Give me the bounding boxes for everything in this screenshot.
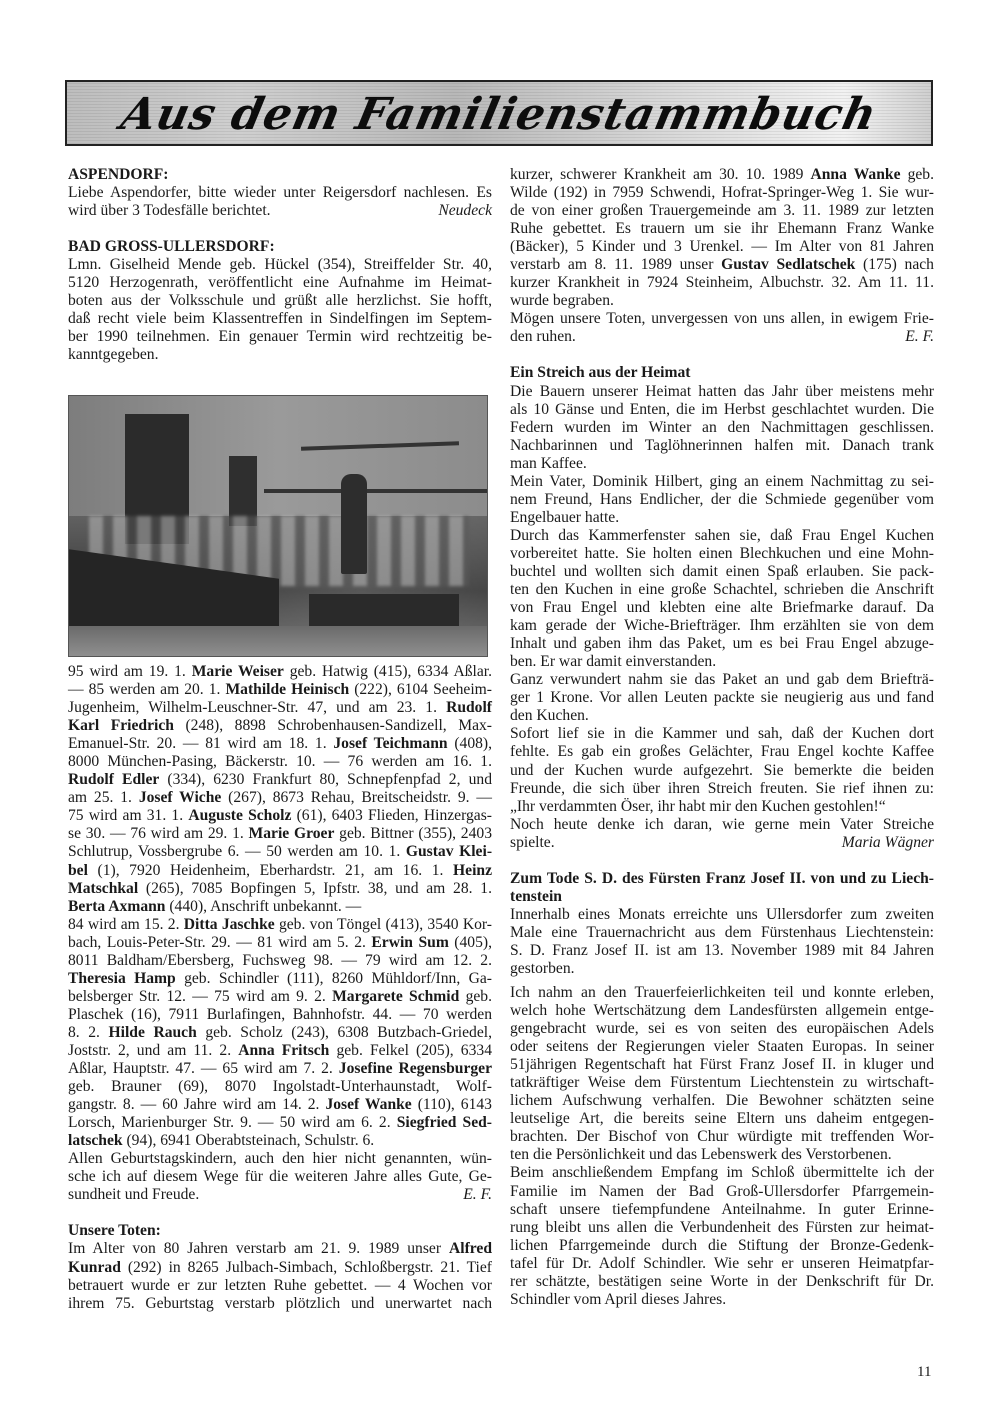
right-column: kurzer, schwerer Krankheit am 30. 10. 19… — [510, 166, 934, 1309]
text-line: Inhalt und gaben ihm das Paket, um es be… — [510, 635, 934, 653]
person-name: Ditta Jaschke — [184, 916, 275, 933]
text-line: Berta Axmann (440), Anschrift unbekannt.… — [68, 898, 492, 916]
text-line: Freunde, die sich über ihren Streich fre… — [510, 780, 934, 798]
text-line: Lorsch, Marienburger Str. 9. — 50 wird a… — [68, 1114, 492, 1132]
text-line: 8000 München-Pasing, Bäckerstr. 10. — 76… — [68, 753, 492, 771]
person-name: Siegfried Sed- — [397, 1114, 492, 1131]
text-line: 8011 Baldham/Ebersberg, Fuchsweg 98. — 7… — [68, 952, 492, 970]
person-name: Josef Wiche — [139, 789, 222, 806]
page-title: Aus dem Familienstammbuch — [117, 89, 882, 140]
author-signature: Neudeck — [438, 202, 492, 220]
text-line: ger 1 Krone. Vor allen Leuten packte sie… — [510, 689, 934, 707]
text-line: 95 wird am 19. 1. Marie Weiser geb. Hatw… — [68, 663, 492, 681]
text-line: 8. 2. Hilde Rauch geb. Scholz (243), 630… — [68, 1024, 492, 1042]
text-line: von Frau Engel und klebten eine alte Bri… — [510, 599, 934, 617]
paragraph: Innerhalb eines Monats erreichte uns Ull… — [510, 906, 934, 978]
text-line: Ruhe gebettet. Es trauern um sie ihr Ehe… — [510, 220, 934, 238]
text-line: bel (1), 7920 Heidenheim, Eberhardstr. 2… — [68, 862, 492, 880]
text-line: verstarb am 8. 11. 1989 unser Gustav Sed… — [510, 256, 934, 274]
text-line: Nachbarinnen und Taglöhnerinnen halfen m… — [510, 437, 934, 455]
person-name: bel — [68, 862, 88, 879]
paragraph: Ich nahm an den Trauerfeierlichkeiten te… — [510, 984, 934, 1309]
section-streich: Ein Streich aus der Heimat Die Bauern un… — [510, 364, 934, 851]
text-line: kurzer Krankheit in 7924 Steinheim, Albu… — [510, 274, 934, 292]
text-line: als 10 Gänse und Enten, die im Herbst ge… — [510, 401, 934, 419]
text-line: man Kaffee. — [510, 455, 934, 473]
text-line: de von einer großen Trauergemeinde am 3.… — [510, 202, 934, 220]
text-line: betrauert wurde er zur letzten Ruhe gebe… — [68, 1277, 492, 1295]
text-line: fehlte. Es gab ein großes Gelächter, Fra… — [510, 743, 934, 761]
person-name: Rudolf — [446, 699, 492, 716]
text-line: wurde begraben. — [510, 292, 934, 310]
text-line: Wilde (192) in 7959 Schwendi, Hofrat-Spr… — [510, 184, 934, 202]
text-line: Ganz verwundert nahm sie das Paket an un… — [510, 671, 934, 689]
text-line: gestorben. — [510, 960, 934, 978]
text-line: kam gerade der Wiche-Briefträger. Ihm er… — [510, 617, 934, 635]
section-heading: BAD GROSS-ULLERSDORF: — [68, 238, 492, 256]
text-line: Mein Vater, Dominik Hilbert, ging an ein… — [510, 473, 934, 491]
paragraph: Allen Geburtstagskindern, auch den hier … — [68, 1150, 492, 1186]
text-line: latschek (94), 6941 Oberabtsteinach, Sch… — [68, 1132, 492, 1150]
text-line: Rudolf Edler (334), 6230 Frankfurt 80, S… — [68, 771, 492, 789]
section-birthdays: 95 wird am 19. 1. Marie Weiser geb. Hatw… — [68, 663, 492, 1204]
text-line: tafel für Dr. Adolf Schindler. Wie sehr … — [510, 1255, 934, 1273]
text-line: vorbereitet hatte. Sie holten einen Blec… — [510, 545, 934, 563]
text-line: Liebe Aspendorfer, bitte wieder unter Re… — [68, 184, 492, 202]
text-line: gengebracht wurde, sei es von seiten des… — [510, 1020, 934, 1038]
text-line: am 25. 1. Josef Wiche (267), 8673 Rehau,… — [68, 789, 492, 807]
left-column-lower: 95 wird am 19. 1. Marie Weiser geb. Hatw… — [68, 663, 492, 1313]
paragraph: Lmn. Giselheid Mende geb. Hückel (354), … — [68, 256, 492, 364]
signature-line: wird über 3 Todesfälle berichtet. Neudec… — [68, 202, 492, 220]
person-name: Mathilde Heinisch — [225, 681, 349, 698]
section-toten-continued: kurzer, schwerer Krankheit am 30. 10. 19… — [510, 166, 934, 346]
text-line: Ich nahm an den Trauerfeierlichkeiten te… — [510, 984, 934, 1002]
person-name: Alfred — [449, 1240, 492, 1257]
text-line: ben. Er war damit einverstanden. — [510, 653, 934, 671]
paragraph-text: wird über 3 Todesfälle berichtet. — [68, 202, 271, 220]
text-line: Durch das Kammerfenster sahen sie, daß F… — [510, 527, 934, 545]
text-line: gangstr. 8. — 60 Jahre wird am 14. 2. Jo… — [68, 1096, 492, 1114]
section-unsere-toten: Unsere Toten: Im Alter von 80 Jahren ver… — [68, 1222, 492, 1312]
text-line: rer schätzte, bestätigen seine Worte in … — [510, 1273, 934, 1291]
text-line: kurzer, schwerer Krankheit am 30. 10. 19… — [510, 166, 934, 184]
paragraph-text: sundheit und Freude. — [68, 1186, 199, 1204]
text-line: tatkräftiger Weise dem Fürstentum Liecht… — [510, 1074, 934, 1092]
text-line: S. D. Franz Josef II. ist am 13. Novembe… — [510, 942, 934, 960]
text-line: Federn wurden im Winter an den Nachmitta… — [510, 419, 934, 437]
text-line: Noch heute denke ich daran, wie gerne me… — [510, 816, 934, 834]
text-line: tenstein — [510, 888, 934, 906]
person-name: Josef Teichmann — [333, 735, 447, 752]
text-line: Mögen unsere Toten, unvergessen von uns … — [510, 310, 934, 328]
text-line: ten die Persönlichkeit und das Lebenswer… — [510, 1146, 934, 1164]
obituary-list: kurzer, schwerer Krankheit am 30. 10. 19… — [510, 166, 934, 328]
paragraph: Die Bauern unserer Heimat hatten das Jah… — [510, 383, 934, 834]
text-line: Beim anschließendem Empfang im Schloß üb… — [510, 1164, 934, 1182]
text-line: Aßlar, Hauptstr. 47. — 65 wird am 7. 2. … — [68, 1060, 492, 1078]
text-line: se 30. — 76 wird am 29. 1. Marie Groer g… — [68, 825, 492, 843]
person-name: Kunrad — [68, 1259, 121, 1276]
class-photo — [68, 395, 488, 657]
text-line: ihrem 75. Geburtstag verstarb plötzlich … — [68, 1295, 492, 1313]
section-heading: ASPENDORF: — [68, 166, 492, 184]
text-line: schaft unsere tiefempfundene Anteilnahme… — [510, 1201, 934, 1219]
text-line: „Ihr verdammten Öser, ihr habt mir den K… — [510, 798, 934, 816]
text-line: kanntgegeben. — [68, 346, 492, 364]
person-name: Karl Friedrich — [68, 717, 174, 734]
text-line: Emanuel-Str. 20. — 81 wird am 18. 1. Jos… — [68, 735, 492, 753]
text-line: — 85 werden am 20. 1. Mathilde Heinisch … — [68, 681, 492, 699]
text-line: 75 wird am 31. 1. Auguste Scholz (61), 6… — [68, 807, 492, 825]
text-line: 51jährigen Regentschaft hat Fürst Franz … — [510, 1056, 934, 1074]
person-name: Gustav Sedlatschek — [721, 256, 855, 273]
signature-line: den ruhen. E. F. — [510, 328, 934, 346]
person-name: Hilde Rauch — [109, 1024, 197, 1041]
left-column: ASPENDORF: Liebe Aspendorfer, bitte wied… — [68, 166, 492, 364]
text-line: bach, Louis-Peter-Str. 29. — 81 wird am … — [68, 934, 492, 952]
text-line: Male eine Trauernachricht aus dem Fürste… — [510, 924, 934, 942]
text-line: nem Freund, Hans Endlicher, der die Schm… — [510, 491, 934, 509]
person-name: Josef Wanke — [325, 1096, 411, 1113]
person-name: Erwin Sum — [371, 934, 448, 951]
person-name: Berta Axmann — [68, 898, 165, 915]
text-line: leutselige Art, die bereits seine Eltern… — [510, 1110, 934, 1128]
person-name: latschek — [68, 1132, 123, 1149]
text-line: 84 wird am 15. 2. Ditta Jaschke geb. von… — [68, 916, 492, 934]
text-line: Kunrad (292) in 8265 Julbach-Simbach, Sc… — [68, 1259, 492, 1277]
text-line: Lmn. Giselheid Mende geb. Hückel (354), … — [68, 256, 492, 274]
person-name: Marie Weiser — [192, 663, 284, 680]
person-name: Auguste Scholz — [188, 807, 291, 824]
text-line: 5120 Herzogenrath, veröffentlicht eine A… — [68, 274, 492, 292]
signature-line: spielte. Maria Wägner — [510, 834, 934, 852]
text-line: lichem Aufschwung verhalfen. Die Bewohne… — [510, 1092, 934, 1110]
text-line: welch hohe Wertschätzung dem Landesfürst… — [510, 1002, 934, 1020]
person-name: Theresia Hamp — [68, 970, 176, 987]
text-line: daß recht viele beim Klassentreffen in S… — [68, 310, 492, 328]
person-name: Matschkal — [68, 880, 138, 897]
text-line: oder seitens der Regierungen vieler Staa… — [510, 1038, 934, 1056]
text-line: Joststr. 2, und am 11. 2. Anna Fritsch g… — [68, 1042, 492, 1060]
text-line: Zum Tode S. D. des Fürsten Franz Josef I… — [510, 870, 934, 888]
author-signature: Maria Wägner — [842, 834, 934, 852]
text-line: Karl Friedrich (248), 8898 Schrobenhause… — [68, 717, 492, 735]
text-line: rung bleibt uns allen die Verbundenheit … — [510, 1219, 934, 1237]
text-line: Familie im Namen der Bad Groß-Ullersdorf… — [510, 1183, 934, 1201]
paragraph-text: spielte. — [510, 834, 555, 852]
text-line: Plaschek (16), 7911 Burlafingen, Bahnhof… — [68, 1006, 492, 1024]
section-heading: Ein Streich aus der Heimat — [510, 364, 934, 382]
title-banner: Aus dem Familienstammbuch — [65, 80, 933, 146]
text-line: (Bäcker), 5 Kinder und 3 Urenkel. — Im A… — [510, 238, 934, 256]
text-line: belsberger Str. 12. — 75 wird am 9. 2. M… — [68, 988, 492, 1006]
text-line: Im Alter von 80 Jahren verstarb am 21. 9… — [68, 1240, 492, 1258]
text-line: Jugenheim, Wilhelm-Leuschner-Str. 47, un… — [68, 699, 492, 717]
text-line: Die Bauern unserer Heimat hatten das Jah… — [510, 383, 934, 401]
person-name: Margarete Schmid — [332, 988, 459, 1005]
text-line: buchtel und wollten sich damit einen Spa… — [510, 563, 934, 581]
person-name: Anna Wanke — [811, 166, 901, 183]
text-line: brachten. Der Bischof von Chur würdigte … — [510, 1128, 934, 1146]
section-aspendorf: ASPENDORF: Liebe Aspendorfer, bitte wied… — [68, 166, 492, 220]
text-line: und der Kuchen wurde aufgezehrt. Sie bem… — [510, 762, 934, 780]
text-line: sche ich auf diesem Wege für die weitere… — [68, 1168, 492, 1186]
text-line: ten den Kuchen in eine große Schachtel, … — [510, 581, 934, 599]
birthday-list: 95 wird am 19. 1. Marie Weiser geb. Hatw… — [68, 663, 492, 1150]
paragraph-text: den ruhen. — [510, 328, 576, 346]
text-line: Schindler vom April dieses Jahres. — [510, 1291, 934, 1309]
person-name: Marie Groer — [249, 825, 335, 842]
text-line: lichen Pfarrgemeinde durch die Stiftung … — [510, 1237, 934, 1255]
person-name: Rudolf Edler — [68, 771, 159, 788]
person-name: Gustav Klei- — [406, 843, 492, 860]
person-name: Anna Fritsch — [238, 1042, 329, 1059]
text-line: geb. Brauner (69), 8070 Ingolstadt-Unter… — [68, 1078, 492, 1096]
signature-line: sundheit und Freude. E. F. — [68, 1186, 492, 1204]
text-line: Allen Geburtstagskindern, auch den hier … — [68, 1150, 492, 1168]
text-line: ber 1990 teilnehmen. Ein genauer Termin … — [68, 328, 492, 346]
person-name: Josefine Regensburger — [339, 1060, 492, 1077]
page-number: 11 — [917, 1364, 931, 1381]
section-bad-gross-ullersdorf: BAD GROSS-ULLERSDORF: Lmn. Giselheid Men… — [68, 238, 492, 364]
paragraph: Liebe Aspendorfer, bitte wieder unter Re… — [68, 184, 492, 202]
obituary-list: Im Alter von 80 Jahren verstarb am 21. 9… — [68, 1240, 492, 1312]
section-heading: Unsere Toten: — [68, 1222, 492, 1240]
text-line: Matschkal (265), 7085 Bopfingen 5, Ipfst… — [68, 880, 492, 898]
text-line: Innerhalb eines Monats erreichte uns Ull… — [510, 906, 934, 924]
text-line: Engelbauer hatte. — [510, 509, 934, 527]
person-name: Heinz — [453, 862, 492, 879]
text-line: Sofort lief sie in die Kammer und sah, d… — [510, 725, 934, 743]
author-signature: E. F. — [463, 1186, 492, 1204]
section-liechtenstein: Zum Tode S. D. des Fürsten Franz Josef I… — [510, 870, 934, 1309]
text-line: Theresia Hamp geb. Schindler (111), 8260… — [68, 970, 492, 988]
text-line: den Kuchen. — [510, 707, 934, 725]
author-signature: E. F. — [905, 328, 934, 346]
text-line: Schlutrup, Vossbergrube 6. — 50 werden a… — [68, 843, 492, 861]
text-line: boten aus der Volksschule und grüßt alle… — [68, 292, 492, 310]
section-heading: Zum Tode S. D. des Fürsten Franz Josef I… — [510, 870, 934, 906]
